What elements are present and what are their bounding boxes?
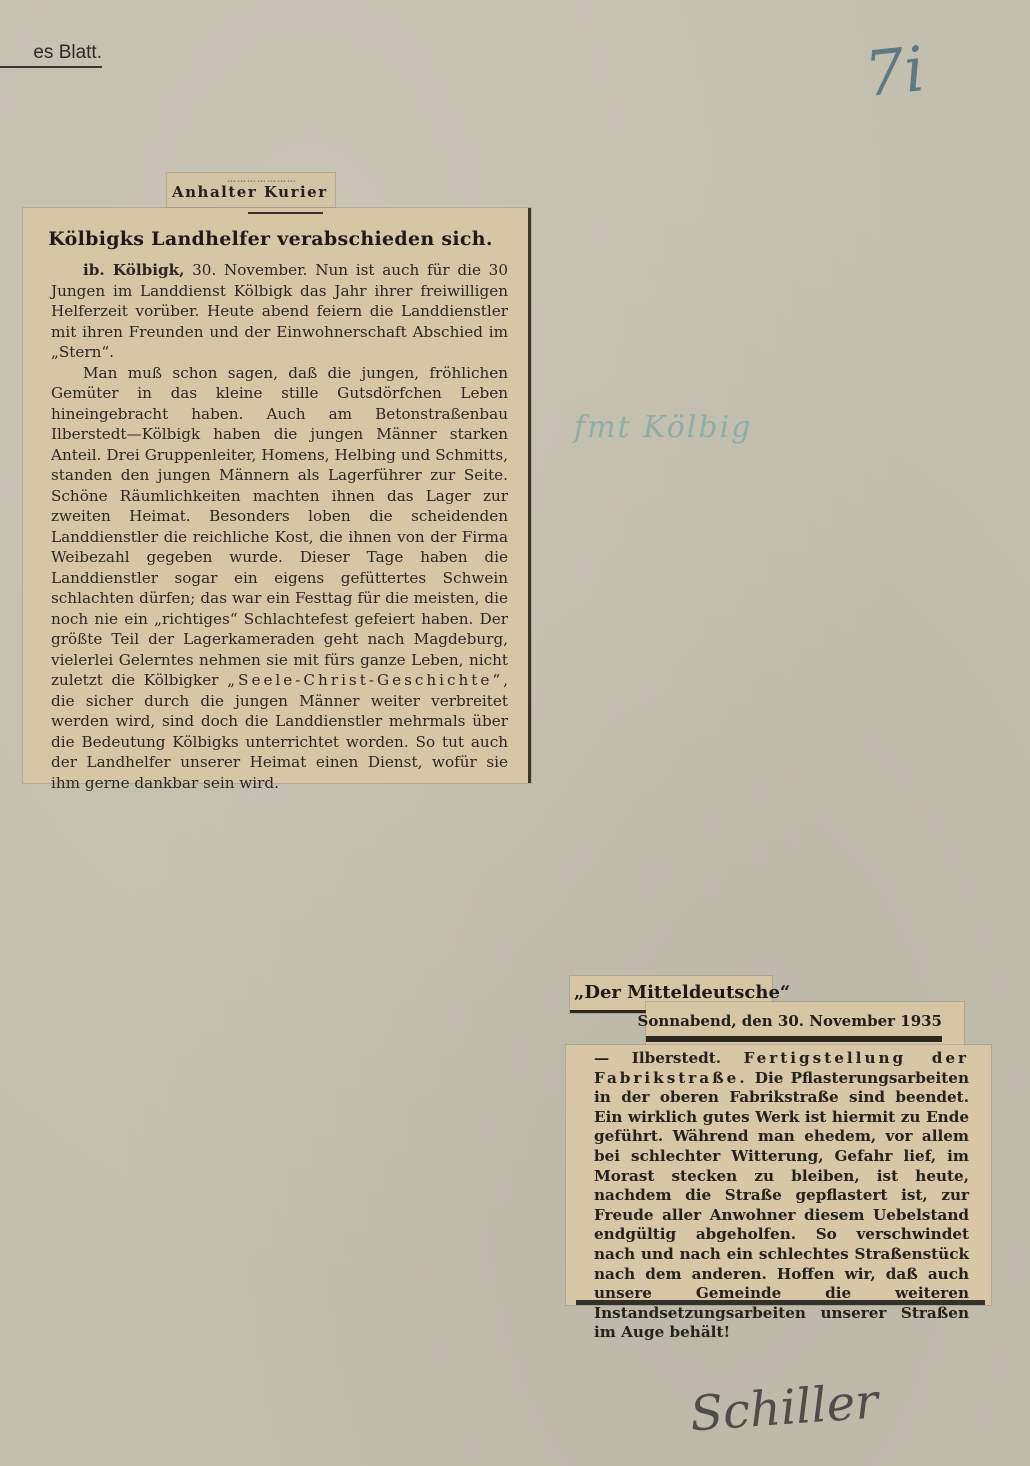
emphasized-title: „Seele-Christ-Geschichte“ bbox=[227, 671, 503, 689]
handwritten-page-number: 7i bbox=[861, 32, 928, 111]
clipping-date-strip: Sonnabend, den 30. November 1935 bbox=[646, 1002, 964, 1046]
handwritten-note: fmt Kölbig bbox=[574, 410, 752, 445]
divider-line bbox=[248, 212, 323, 214]
divider-line bbox=[646, 1036, 942, 1042]
article-body: — Ilberstedt. Fertigstellung der Fabriks… bbox=[594, 1049, 969, 1343]
handwritten-signature: Schiller bbox=[688, 1374, 880, 1443]
newspaper-clipping-2: — Ilberstedt. Fertigstellung der Fabriks… bbox=[566, 1045, 991, 1305]
dateline: ib. Kölbigk, bbox=[83, 261, 184, 279]
newspaper-name: „Der Mitteldeutsche“ bbox=[574, 982, 790, 1003]
article-body: ib. Kölbigk, 30. November. Nun ist auch … bbox=[51, 260, 508, 793]
article-paragraph-1: ib. Kölbigk, 30. November. Nun ist auch … bbox=[51, 260, 508, 363]
article-paragraph: — Ilberstedt. Fertigstellung der Fabriks… bbox=[594, 1049, 969, 1343]
newspaper-name: Anhalter Kurier bbox=[172, 183, 328, 201]
article-headline: Kölbigks Landhelfer verabschieden sich. bbox=[23, 228, 518, 250]
divider-line bbox=[576, 1300, 985, 1305]
newspaper-clipping-1: Kölbigks Landhelfer verabschieden sich. … bbox=[23, 208, 531, 783]
dateline: — Ilberstedt. bbox=[594, 1049, 721, 1067]
clipping-source-label-1: ………………… Anhalter Kurier bbox=[167, 173, 335, 207]
publication-date: Sonnabend, den 30. November 1935 bbox=[638, 1012, 942, 1030]
header-fragment: es Blatt. bbox=[0, 42, 102, 68]
article-paragraph-2: Man muß schon sagen, daß die jungen, frö… bbox=[51, 363, 508, 794]
